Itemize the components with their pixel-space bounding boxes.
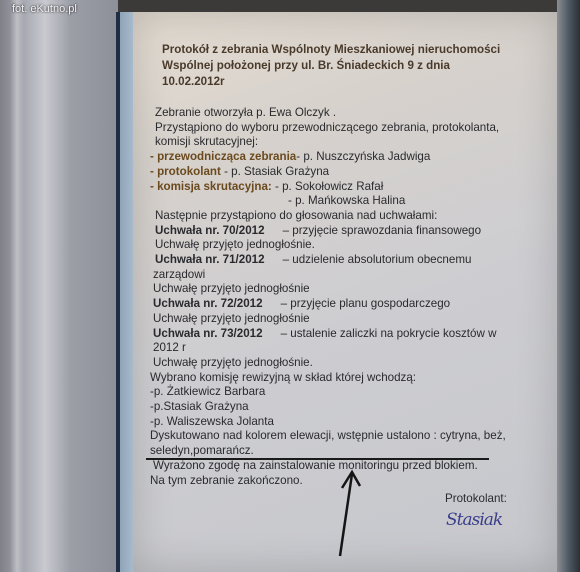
counting-committee-extra: - p. Mańkowska Halina — [150, 194, 510, 209]
resolution-70: Uchwała nr. 70/2012– przyjęcie sprawozda… — [150, 224, 510, 239]
audit-member-3: -p. Waliszewska Jolanta — [150, 415, 510, 430]
voting-intro: Następnie przystąpiono do głosowania nad… — [150, 209, 510, 224]
discussion-line-2: seledyn,pomarańcz. — [150, 444, 510, 459]
resolution-70-result: Uchwałę przyjęto jednogłośnie. — [150, 238, 510, 253]
audit-member-2: -p.Stasiak Grażyna — [150, 400, 510, 415]
left-page — [0, 0, 118, 572]
opening-line: Zebranie otworzyła p. Ewa Olczyk . — [150, 106, 510, 121]
right-edge — [557, 0, 580, 572]
signer-label: Protokolant: — [445, 492, 507, 505]
resolution-71-result: Uchwałę przyjęto jednogłośnie — [150, 282, 510, 297]
role-chair: - przewodnicząca zebrania- p. Nuszczyńsk… — [150, 150, 510, 165]
photo-watermark: fot. eKutno.pl — [12, 3, 77, 15]
title-line-1: Protokół z zebrania Wspólnoty Mieszkanio… — [162, 42, 510, 58]
title-line-2: Wspólnej położonej przy ul. Br. Śniadeck… — [162, 58, 510, 90]
election-intro-1: Przystąpiono do wyboru przewodniczącego … — [150, 121, 510, 136]
resolution-71-cont: zarządowi — [150, 268, 510, 283]
resolution-72: Uchwała nr. 72/2012– przyjęcie planu gos… — [150, 297, 510, 312]
document-title: Protokół z zebrania Wspólnoty Mieszkanio… — [162, 42, 510, 90]
audit-intro: Wybrano komisję rewizyjną w skład której… — [150, 371, 510, 386]
audit-member-1: -p. Żatkiewicz Barbara — [150, 385, 510, 400]
role-recorder: - protokolant - p. Stasiak Grażyna — [150, 165, 510, 180]
discussion-line-1: Dyskutowano nad kolorem elewacji, wstępn… — [150, 429, 510, 444]
handwritten-signature: Stasiak — [446, 510, 502, 530]
arrow-up-icon — [330, 466, 370, 561]
resolution-73: Uchwała nr. 73/2012– ustalenie zaliczki … — [150, 327, 510, 342]
resolution-73-cont: 2012 r — [150, 341, 510, 356]
role-counting-committee: - komisja skrutacyjna: - p. Sokołowicz R… — [150, 180, 510, 195]
election-intro-2: komisji skrutacyjnej: — [150, 135, 510, 150]
resolution-73-result: Uchwałę przyjęto jednogłośnie. — [150, 356, 510, 371]
resolution-71: Uchwała nr. 71/2012– udzielenie absoluto… — [150, 253, 510, 268]
highlight-underline — [146, 458, 489, 460]
binder-strip — [120, 12, 134, 572]
protocol-text: Protokół z zebrania Wspólnoty Mieszkanio… — [150, 42, 510, 488]
resolution-72-result: Uchwałę przyjęto jednogłośnie — [150, 312, 510, 327]
